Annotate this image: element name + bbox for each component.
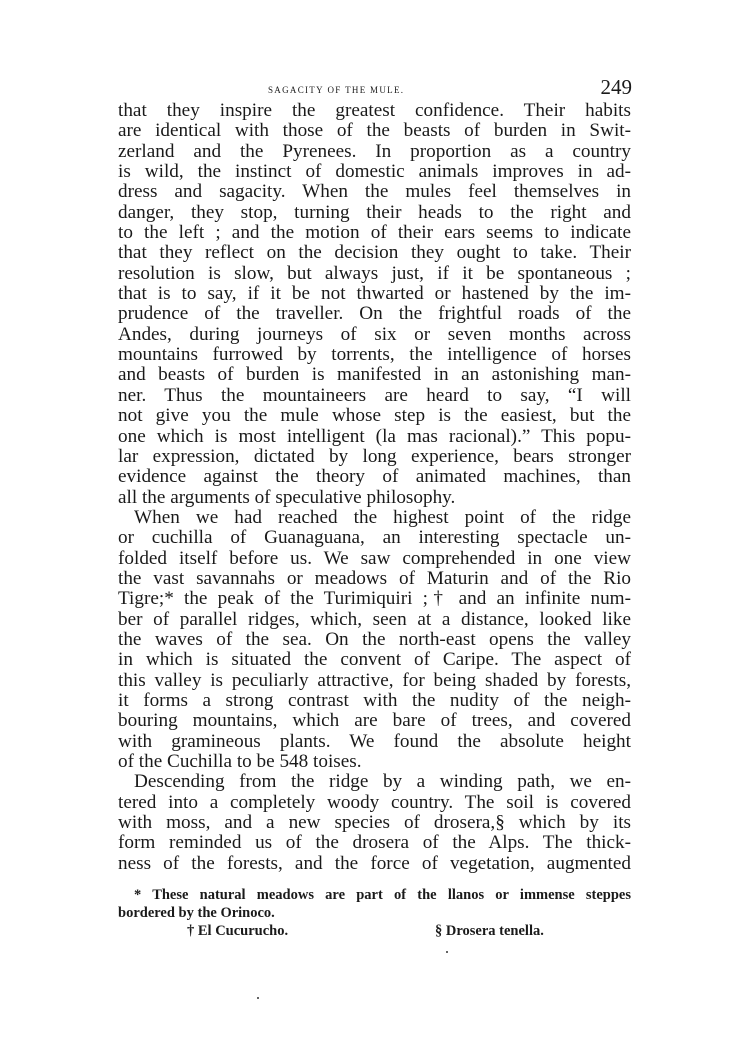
text-line: and beasts of burden is manifested in an… — [118, 365, 631, 385]
text-line: the waves of the sea. On the north-east … — [118, 630, 631, 650]
footnote-star: * These natural meadows are part of the … — [118, 886, 631, 904]
text-line: dress and sagacity. When the mules feel … — [118, 182, 631, 202]
footnote-star-continued: bordered by the Orinoco. — [118, 904, 631, 922]
text-line: not give you the mule whose step is the … — [118, 406, 631, 426]
running-title: SAGACITY OF THE MULE. — [268, 81, 404, 97]
running-head: SAGACITY OF THE MULE. 249 — [118, 75, 632, 99]
text-line: this valley is peculiarly attractive, fo… — [118, 671, 631, 691]
text-line: Tigre;* the peak of the Turimiquiri ;† a… — [118, 589, 631, 609]
text-line: prudence of the traveller. On the fright… — [118, 304, 631, 324]
text-line: one which is most intelligent (la mas ra… — [118, 427, 631, 447]
text-line: that they reflect on the decision they o… — [118, 243, 631, 263]
footnotes: * These natural meadows are part of the … — [118, 886, 631, 940]
text-line: with gramineous plants. We found the abs… — [118, 732, 631, 752]
text-line: resolution is slow, but always just, if … — [118, 264, 631, 284]
page-number: 249 — [601, 75, 633, 100]
text-line: in which is situated the convent of Cari… — [118, 650, 631, 670]
text-line: with moss, and a new species of drosera,… — [118, 813, 631, 833]
text-line: or cuchilla of Guanaguana, an interestin… — [118, 528, 631, 548]
paragraph-end-line: of the Cuchilla to be 548 toises. — [118, 752, 631, 772]
text-line: is wild, the instinct of domestic animal… — [118, 162, 631, 182]
text-line: form reminded us of the drosera of the A… — [118, 833, 631, 853]
text-line: are identical with those of the beasts o… — [118, 121, 631, 141]
text-line: ber of parallel ridges, which, seen at a… — [118, 610, 631, 630]
text-line: zerland and the Pyrenees. In proportion … — [118, 142, 631, 162]
text-line: evidence against the theory of animated … — [118, 467, 631, 487]
text-line: that they inspire the greatest confidenc… — [118, 101, 631, 121]
text-line: tered into a completely woody country. T… — [118, 793, 631, 813]
text-line: danger, they stop, turning their heads t… — [118, 203, 631, 223]
print-speck — [446, 951, 448, 953]
paragraph-start-line: When we had reached the highest point of… — [118, 508, 631, 528]
text-line: to the left ; and the motion of their ea… — [118, 223, 631, 243]
paragraph-start-line: Descending from the ridge by a winding p… — [118, 772, 631, 792]
text-line: the vast savannahs or meadows of Maturin… — [118, 569, 631, 589]
footnote-dagger: † El Cucurucho. — [187, 922, 288, 940]
text-line: that is to say, if it be not thwarted or… — [118, 284, 631, 304]
paragraph-end-line: all the arguments of speculative philoso… — [118, 488, 631, 508]
text-line: Andes, during journeys of six or seven m… — [118, 325, 631, 345]
footnote-row: † El Cucurucho. § Drosera tenella. — [118, 922, 631, 940]
text-line: it forms a strong contrast with the nudi… — [118, 691, 631, 711]
print-speck — [257, 997, 259, 999]
text-line: lar expression, dictated by long experie… — [118, 447, 631, 467]
footnote-section: § Drosera tenella. — [435, 922, 544, 940]
text-line: folded itself before us. We saw comprehe… — [118, 549, 631, 569]
text-line: ner. Thus the mountaineers are heard to … — [118, 386, 631, 406]
text-line: ness of the forests, and the force of ve… — [118, 854, 631, 874]
body-text: that they inspire the greatest confidenc… — [118, 101, 631, 874]
text-line: bouring mountains, which are bare of tre… — [118, 711, 631, 731]
text-line: mountains furrowed by torrents, the inte… — [118, 345, 631, 365]
